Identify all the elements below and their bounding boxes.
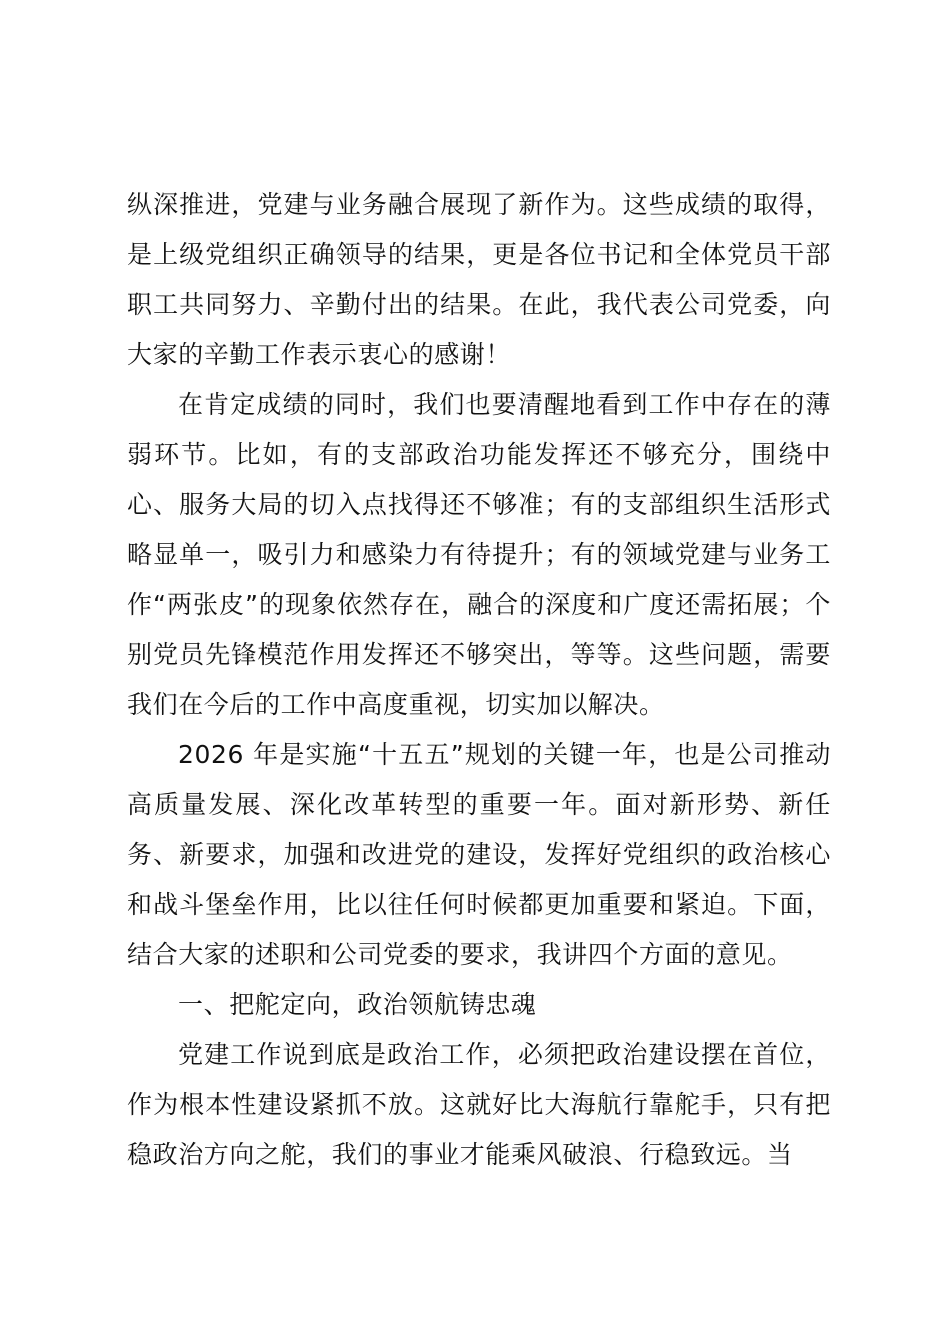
- paragraph-political-construction: 党建工作说到底是政治工作，必须把政治建设摆在首位，作为根本性建设紧抓不放。这就好…: [127, 1030, 831, 1180]
- section-heading-1: 一、把舵定向，政治领航铸忠魂: [127, 980, 831, 1030]
- paragraph-2026-outlook: 2026 年是实施“十五五”规划的关键一年，也是公司推动高质量发展、深化改革转型…: [127, 730, 831, 980]
- paragraph-achievements-thanks: 纵深推进，党建与业务融合展现了新作为。这些成绩的取得，是上级党组织正确领导的结果…: [127, 180, 831, 380]
- document-page: 纵深推进，党建与业务融合展现了新作为。这些成绩的取得，是上级党组织正确领导的结果…: [127, 180, 831, 1180]
- paragraph-weaknesses: 在肯定成绩的同时，我们也要清醒地看到工作中存在的薄弱环节。比如，有的支部政治功能…: [127, 380, 831, 730]
